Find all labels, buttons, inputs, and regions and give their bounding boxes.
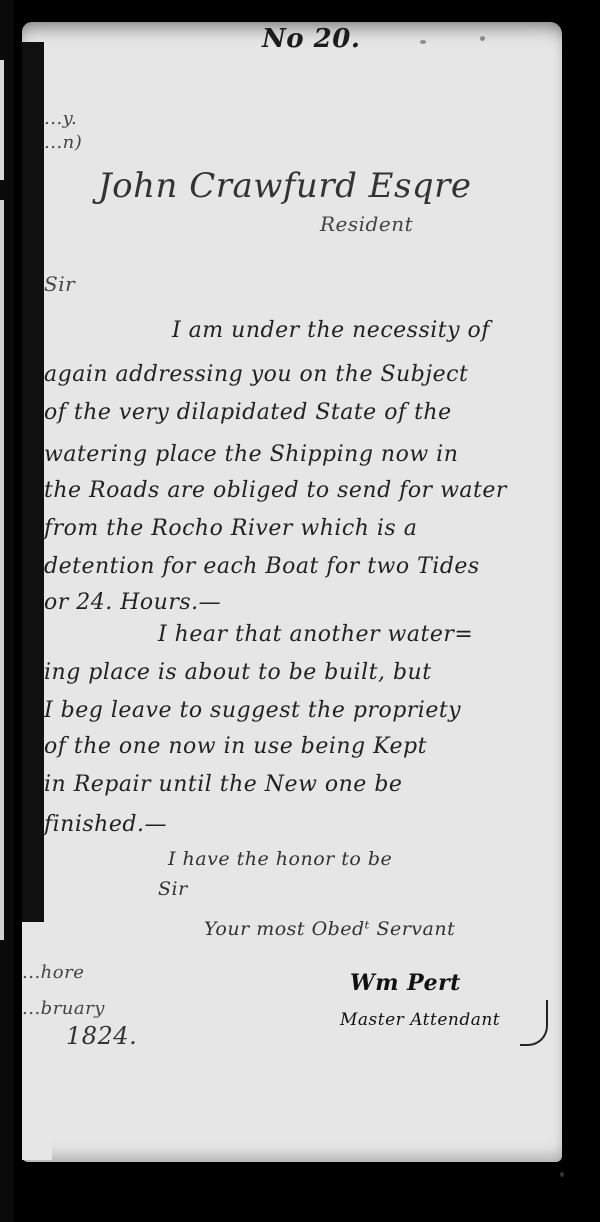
body-line: watering place the Shipping now in	[44, 442, 458, 467]
body-line: I hear that another water=	[158, 622, 473, 647]
adjacent-page-edge	[0, 200, 4, 940]
body-line: of the one now in use being Kept	[44, 734, 427, 759]
margin-fragment: ...y.	[44, 108, 77, 129]
signature-title: Master Attendant	[340, 1010, 500, 1030]
body-line: of the very dilapidated State of the	[44, 400, 452, 425]
closing-line: I have the honor to be	[168, 848, 392, 870]
document-number: No 20.	[262, 24, 360, 54]
addressee-title: Resident	[320, 212, 413, 236]
foxing-spot	[480, 36, 485, 41]
foxing-spot	[420, 40, 426, 44]
dateline-month: ...bruary	[22, 998, 105, 1019]
letter-page-lower-margin	[22, 920, 52, 1160]
body-line: I beg leave to suggest the propriety	[44, 698, 461, 723]
body-line: detention for each Boat for two Tides	[44, 554, 480, 579]
body-line: in Repair until the New one be	[44, 772, 402, 797]
closing-line: Your most Obedᵗ Servant	[204, 918, 455, 940]
body-line: again addressing you on the Subject	[44, 362, 468, 387]
closing-line: Sir	[158, 878, 188, 900]
margin-fragment: ...n)	[44, 132, 82, 153]
foxing-spot	[560, 1172, 564, 1177]
body-line: or 24. Hours.—	[44, 590, 221, 615]
addressee-name: John Crawfurd Esqre	[98, 166, 472, 206]
binding-shadow	[22, 42, 44, 922]
adjacent-page-edge	[0, 60, 4, 180]
body-line: ing place is about to be built, but	[44, 660, 432, 685]
body-line: from the Rocho River which is a	[44, 516, 417, 541]
dateline-place: ...hore	[22, 962, 84, 983]
body-line: the Roads are obliged to send for water	[44, 478, 507, 503]
body-line: finished.—	[44, 812, 167, 837]
signature-name: Wm Pert	[350, 970, 461, 996]
body-line: I am under the necessity of	[172, 318, 490, 343]
salutation: Sir	[44, 272, 75, 296]
dateline-year: 1824.	[66, 1022, 137, 1050]
